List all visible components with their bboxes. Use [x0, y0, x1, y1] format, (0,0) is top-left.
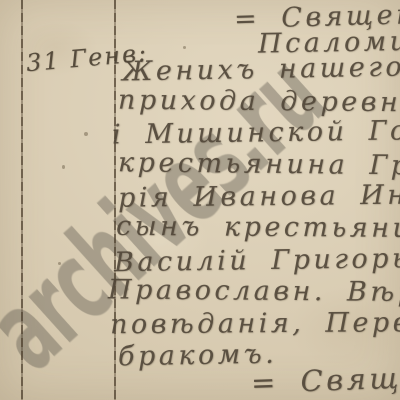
- handwriting-line: Православн. Вѣроис: [108, 274, 400, 308]
- handwriting-line: прихода деревни: [118, 85, 400, 119]
- handwriting-line: рія Иванова Ин-л: [118, 179, 400, 213]
- document-scan: archives.ru 31 Генв: = Священни Псаломщи…: [0, 0, 400, 400]
- ink-speck: [84, 132, 88, 136]
- ink-speck: [183, 46, 186, 49]
- ink-speck: [62, 165, 65, 169]
- handwriting-line: і Мишинской Госуд: [112, 115, 400, 151]
- handwriting-line: = Свяще: [250, 360, 400, 400]
- handwriting-line: повѣданія, Первымъ: [110, 307, 400, 341]
- ink-speck: [58, 262, 61, 265]
- handwriting-line: Женихъ нашего: [122, 52, 400, 88]
- handwriting-line: крестьянина Григ: [118, 147, 400, 181]
- handwriting-line: Василій Григорье: [114, 243, 400, 278]
- handwriting-line: сынъ крестьянинъ: [116, 211, 400, 244]
- column-rule-left: [21, 0, 23, 400]
